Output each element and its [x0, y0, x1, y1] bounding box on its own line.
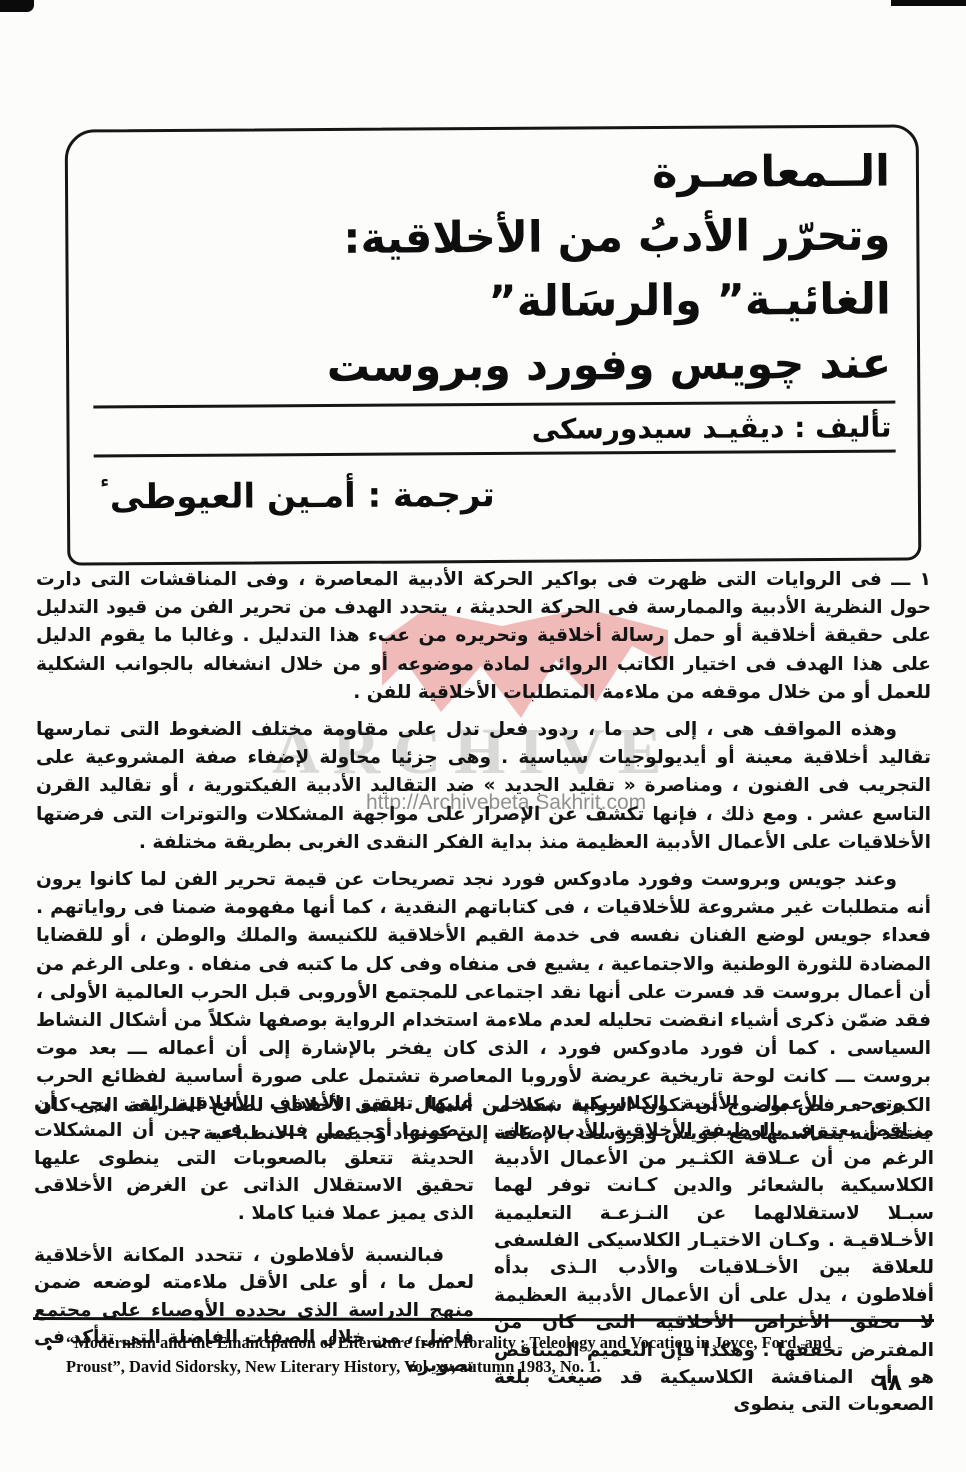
body-text: ١ ـــ فى الروايات التى ظهرت فى بواكير ال… [36, 566, 931, 1148]
footnote: ● “Modernism and the Emancipation of Lit… [66, 1331, 888, 1379]
author-line: تأليف : ديڤيـد سيدورسكى [95, 411, 891, 449]
title-line-4: عند چويس وفورد وبروست [89, 332, 891, 401]
left-column-paragraph-1: عليها تحقيق الأهداف الأخلاقية التى يجب أ… [34, 1090, 474, 1227]
paragraph-2: وهذه المواقف هى ، إلى حد ما ، ردود فعل ت… [36, 716, 931, 857]
footnote-text: “Modernism and the Emancipation of Liter… [66, 1333, 831, 1376]
title-line-3: الغائيـة” والرسَالة” [89, 268, 891, 337]
paragraph-1: ١ ـــ فى الروايات التى ظهرت فى بواكير ال… [36, 566, 931, 707]
title-box: الــمعاصـرة وتحرّر الأدبُ من الأخلاقية: … [65, 124, 922, 565]
scan-artifact-top-left [0, 0, 34, 12]
scanned-document-page: ARCHIVE http://Archivebeta.Sakhrit.com ا… [0, 0, 966, 1472]
scan-artifact-top-right [891, 0, 966, 6]
footnote-bullet-icon: ● [46, 1336, 53, 1360]
title-line-2: وتحرّر الأدبُ من الأخلاقية: [88, 204, 890, 273]
divider-above-author [93, 401, 895, 409]
title-line-1: الــمعاصـرة [88, 140, 890, 209]
article-title: الــمعاصـرة وتحرّر الأدبُ من الأخلاقية: … [88, 140, 892, 401]
divider-below-author [94, 450, 896, 458]
page-number: ٦٨ [862, 1370, 914, 1396]
translator-line: ترجمة : أمـين العيوطىٴ [100, 473, 892, 518]
